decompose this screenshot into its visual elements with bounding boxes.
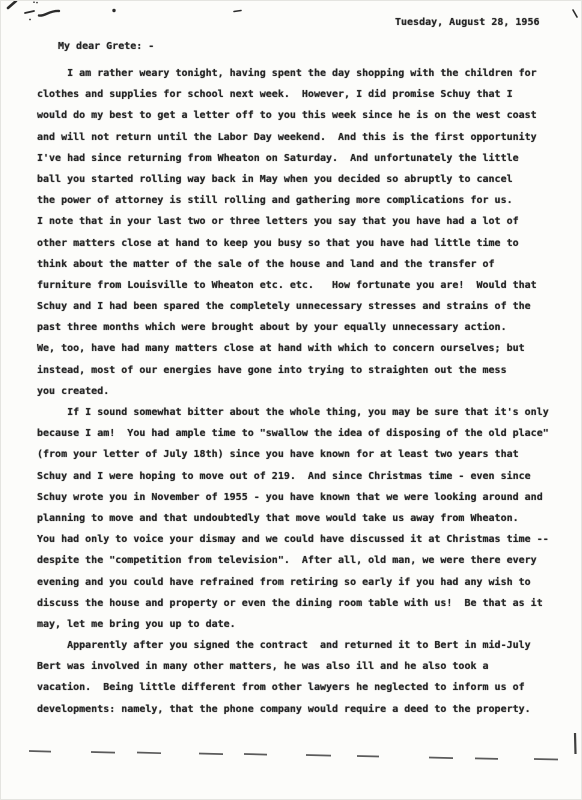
letter-line: Apparently after you signed the contract…	[37, 635, 549, 656]
letter-line: because I am! You had ample time to "swa…	[37, 423, 549, 444]
salutation: My dear Grete: -	[58, 41, 154, 53]
letter-line: vacation. Being little different from ot…	[37, 677, 549, 698]
letter-line: past three months which were brought abo…	[37, 317, 549, 338]
letter-line: developments: namely, that the phone com…	[37, 699, 549, 720]
letter-line: Schuy and I were hoping to move out of 2…	[37, 466, 549, 487]
bottom-dash-marks	[29, 751, 558, 760]
letter-page: Tuesday, August 28, 1956 My dear Grete: …	[0, 0, 582, 800]
letter-body: I am rather weary tonight, having spent …	[37, 63, 549, 720]
ink-smudge-top-left	[8, 1, 241, 20]
letter-line: and will not return until the Labor Day …	[37, 127, 549, 148]
letter-line: If I sound somewhat bitter about the who…	[37, 402, 549, 423]
letter-line: other matters close at hand to keep you …	[37, 233, 549, 254]
letter-line: clothes and supplies for school next wee…	[37, 84, 549, 105]
letter-line: I am rather weary tonight, having spent …	[37, 63, 549, 84]
date-line: Tuesday, August 28, 1956	[395, 17, 540, 29]
letter-line: ball you started rolling way back in May…	[37, 169, 549, 190]
letter-line: (from your letter of July 18th) since yo…	[37, 444, 549, 465]
letter-line: You had only to voice your dismay and we…	[37, 529, 549, 550]
letter-line: We, too, have had many matters close at …	[37, 338, 549, 359]
letter-line: Schuy wrote you in November of 1955 - yo…	[37, 487, 549, 508]
letter-line: despite the "competition from television…	[37, 550, 549, 571]
letter-line: think about the matter of the sale of th…	[37, 254, 549, 275]
letter-line: I've had since returning from Wheaton on…	[37, 148, 549, 169]
letter-line: evening and you could have refrained fro…	[37, 572, 549, 593]
letter-line: would do my best to get a letter off to …	[37, 105, 549, 126]
letter-line: the power of attorney is still rolling a…	[37, 190, 549, 211]
right-edge-mark	[575, 733, 576, 754]
letter-line: I note that in your last two or three le…	[37, 211, 549, 232]
letter-line: may, let me bring you up to date.	[37, 614, 549, 635]
letter-line: you created.	[37, 381, 549, 402]
letter-line: discuss the house and property or even t…	[37, 593, 549, 614]
letter-line: planning to move and that undoubtedly th…	[37, 508, 549, 529]
letter-line: Schuy and I had been spared the complete…	[37, 296, 549, 317]
letter-line: Bert was involved in many other matters,…	[37, 656, 549, 677]
letter-line: instead, most of our energies have gone …	[37, 360, 549, 381]
letter-line: furniture from Louisville to Wheaton etc…	[37, 275, 549, 296]
ink-tick-top-right	[573, 10, 577, 17]
